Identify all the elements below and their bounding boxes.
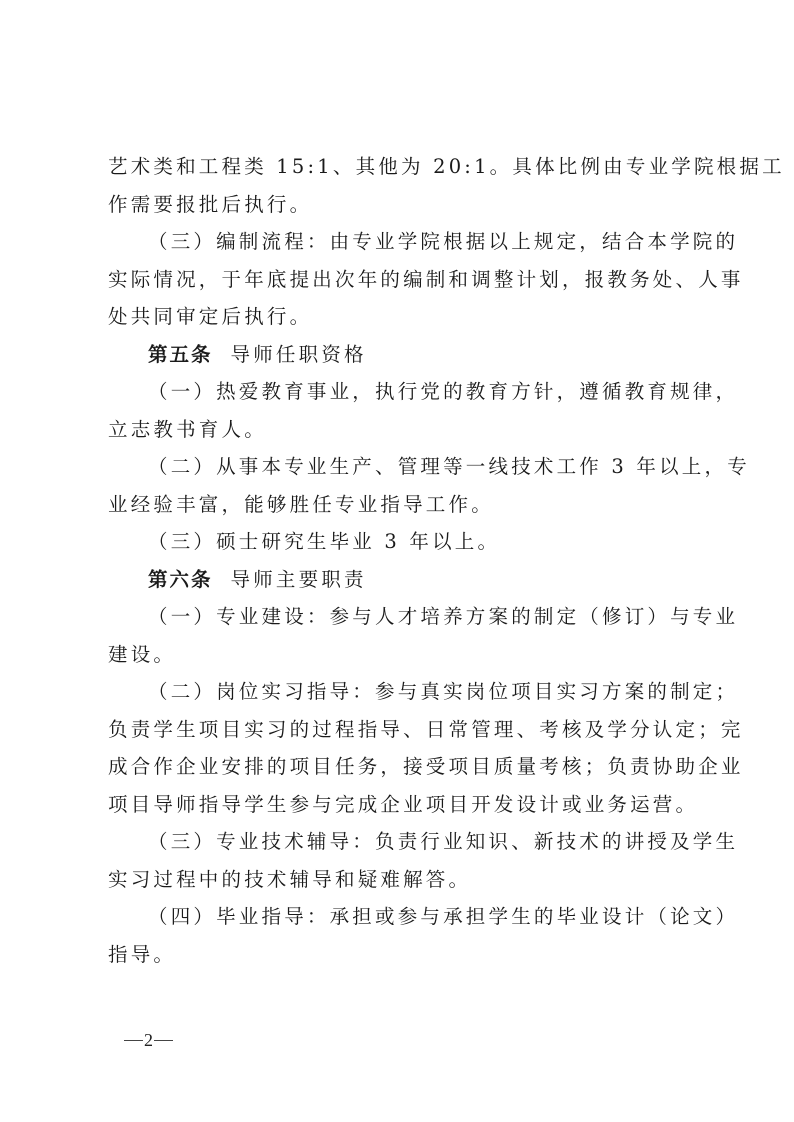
body-line: 立志教书育人。 xyxy=(108,411,696,449)
document-page: 艺术类和工程类 15:1、其他为 20:1。具体比例由专业学院根据工 作需要报批… xyxy=(0,0,794,1122)
body-line: 负责学生项目实习的过程指导、日常管理、考核及学分认定；完 xyxy=(108,711,696,749)
body-line: （三）专业技术辅导：负责行业知识、新技术的讲授及学生 xyxy=(108,823,696,861)
body-line: 成合作企业安排的项目任务，接受项目质量考核；负责协助企业 xyxy=(108,748,696,786)
article-title: 导师主要职责 xyxy=(231,568,367,591)
body-line: 处共同审定后执行。 xyxy=(108,298,696,336)
article-6-heading: 第六条导师主要职责 xyxy=(108,561,696,599)
page-number-value: 2 xyxy=(143,1030,154,1051)
dash-decoration xyxy=(124,1040,143,1041)
body-line: 建设。 xyxy=(108,636,696,674)
body-line: （一）热爱教育事业，执行党的教育方针，遵循教育规律， xyxy=(108,373,696,411)
body-line: 实际情况，于年底提出次年的编制和调整计划，报教务处、人事 xyxy=(108,261,696,299)
body-line: 艺术类和工程类 15:1、其他为 20:1。具体比例由专业学院根据工 xyxy=(108,148,696,186)
body-line: （三）硕士研究生毕业 3 年以上。 xyxy=(108,523,696,561)
body-line: 实习过程中的技术辅导和疑难解答。 xyxy=(108,861,696,899)
article-number: 第六条 xyxy=(148,568,213,591)
page-number: 2 xyxy=(124,1030,173,1051)
body-line: 作需要报批后执行。 xyxy=(108,186,696,224)
document-body: 艺术类和工程类 15:1、其他为 20:1。具体比例由专业学院根据工 作需要报批… xyxy=(108,148,696,973)
body-line: （二）从事本专业生产、管理等一线技术工作 3 年以上，专 xyxy=(108,448,696,486)
article-title: 导师任职资格 xyxy=(231,343,367,366)
article-5-heading: 第五条导师任职资格 xyxy=(108,336,696,374)
body-line: 业经验丰富，能够胜任专业指导工作。 xyxy=(108,486,696,524)
dash-decoration xyxy=(154,1040,173,1041)
body-line: （二）岗位实习指导：参与真实岗位项目实习方案的制定； xyxy=(108,673,696,711)
body-line: （四）毕业指导：承担或参与承担学生的毕业设计（论文） xyxy=(108,898,696,936)
body-line: 项目导师指导学生参与完成企业项目开发设计或业务运营。 xyxy=(108,786,696,824)
body-line: （三）编制流程：由专业学院根据以上规定，结合本学院的 xyxy=(108,223,696,261)
body-line: 指导。 xyxy=(108,936,696,974)
body-line: （一）专业建设：参与人才培养方案的制定（修订）与专业 xyxy=(108,598,696,636)
article-number: 第五条 xyxy=(148,343,213,366)
